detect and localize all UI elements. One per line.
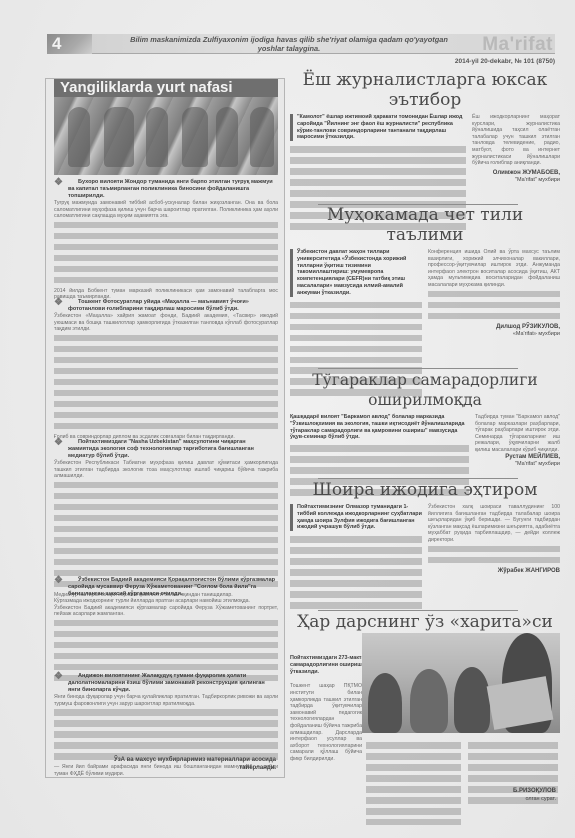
flower-bullet-icon: ❖ xyxy=(54,577,63,584)
article-body: Тадбирда туман "Баркамол авлод" болалар … xyxy=(475,414,560,454)
news-body: Туғруқ мажмуида замонавий тиббий асбоб-у… xyxy=(54,200,278,220)
article-poetess-tribute: Шоира ижодига эҳтиром Пойтахтимизнинг Ол… xyxy=(290,480,560,600)
section-title: Yangiliklarda yurt nafasi xyxy=(54,79,278,97)
masthead-quote: Bilim maskanimizda Zulfiyaxonim ijodiga … xyxy=(119,36,459,53)
news-item: ❖Пойтахтимиздаги "Nasha Uzbekistan" маҳс… xyxy=(54,439,278,598)
collage-photo xyxy=(54,97,278,175)
article-title: Муҳокамада чет тили таълими xyxy=(290,205,560,245)
page-number-box: 4 xyxy=(47,34,92,54)
byline-name: Рустам МЕЙЛИЕВ, xyxy=(475,454,560,462)
page-number: 4 xyxy=(52,34,61,54)
divider xyxy=(318,478,518,479)
newspaper-page: 4 Bilim maskanimizda Zulfiyaxonim ijodig… xyxy=(0,0,575,838)
article-clubs-efficiency: Тўгараклар самарадорлиги оширилмоқда Қаш… xyxy=(290,370,560,470)
article-young-journalists: Ёш журналистларга юксак эътибор "Камолот… xyxy=(290,70,560,190)
masthead: 4 Bilim maskanimizda Zulfiyaxonim ijodig… xyxy=(47,34,555,54)
article-title: Тўгараклар самарадорлиги оширилмоқда xyxy=(290,370,560,410)
article-body: Ёш ижодкорларнинг маҳорат курслари, журн… xyxy=(472,114,560,167)
article-lead: Қашқадарё вилоят "Баркамол авлод" болала… xyxy=(290,414,469,441)
flower-bullet-icon: ❖ xyxy=(54,299,63,306)
article-body: Конференция ишида Олий ва ўрта махсус та… xyxy=(428,249,560,289)
flower-bullet-icon: ❖ xyxy=(54,439,63,446)
byline-org: «Ma'rifat» мухбири xyxy=(428,331,560,339)
byline-name: Олимжон ЖУМАБОЕВ, xyxy=(472,170,560,178)
article-body: Тошкент шаҳар ПҚТМО институти билан ҳамк… xyxy=(290,683,362,762)
article-lead: Ўзбекистон давлат жаҳон тиллари универси… xyxy=(290,249,422,297)
news-item: ❖Бухоро вилояти Жондор туманида янги бар… xyxy=(54,179,278,301)
article-lead: Пойтахтимизнинг Олмазор туманидаги 1-тиб… xyxy=(290,504,422,531)
article-title: Ёш журналистларга юксак эътибор xyxy=(290,70,560,110)
flower-bullet-icon: ❖ xyxy=(54,179,63,186)
byline-org: "Ma'rifat" мухбири xyxy=(475,461,560,469)
divider xyxy=(318,610,518,611)
divider xyxy=(318,368,518,369)
byline-org: "Ma'rifat" мухбири xyxy=(472,177,560,185)
byline-name: Б.РИЗОҚУЛОВ xyxy=(513,788,556,796)
article-lead: "Камолот" ёшлар ижтимоий ҳаракати томони… xyxy=(290,114,466,141)
digest-signature: ЎзА ва махсус мухбирларимиз материаллари… xyxy=(96,757,276,772)
news-item: ❖Тошкент Фотосуратлар уйида «Маҳалла — м… xyxy=(54,299,278,440)
news-digest-box: Yangiliklarda yurt nafasi ❖Бухоро вилоят… xyxy=(45,78,285,778)
newspaper-brand: Ma'rifat xyxy=(482,34,553,56)
byline-name: Жўрабек ЖАНГИРОВ xyxy=(428,568,560,576)
news-item: ❖Ўзбекистон Бадиий академияси Қорақалпоғ… xyxy=(54,577,278,686)
byline-name: Дилшод РЎЗИКУЛОВ, xyxy=(428,324,560,332)
flower-bullet-icon: ❖ xyxy=(54,673,63,680)
issue-date: 2014-yil 20-dekabr, № 101 (8750) xyxy=(455,58,555,65)
byline-org: олган сурат. xyxy=(513,796,556,804)
article-body: Ўзбекистон халқ шоираси таваллудининг 10… xyxy=(428,504,560,544)
article-foreign-languages: Муҳокамада чет тили таълими Ўзбекистон д… xyxy=(290,205,560,365)
article-title: Шоира ижодига эҳтиром xyxy=(290,480,560,500)
seminar-photo xyxy=(362,633,560,733)
